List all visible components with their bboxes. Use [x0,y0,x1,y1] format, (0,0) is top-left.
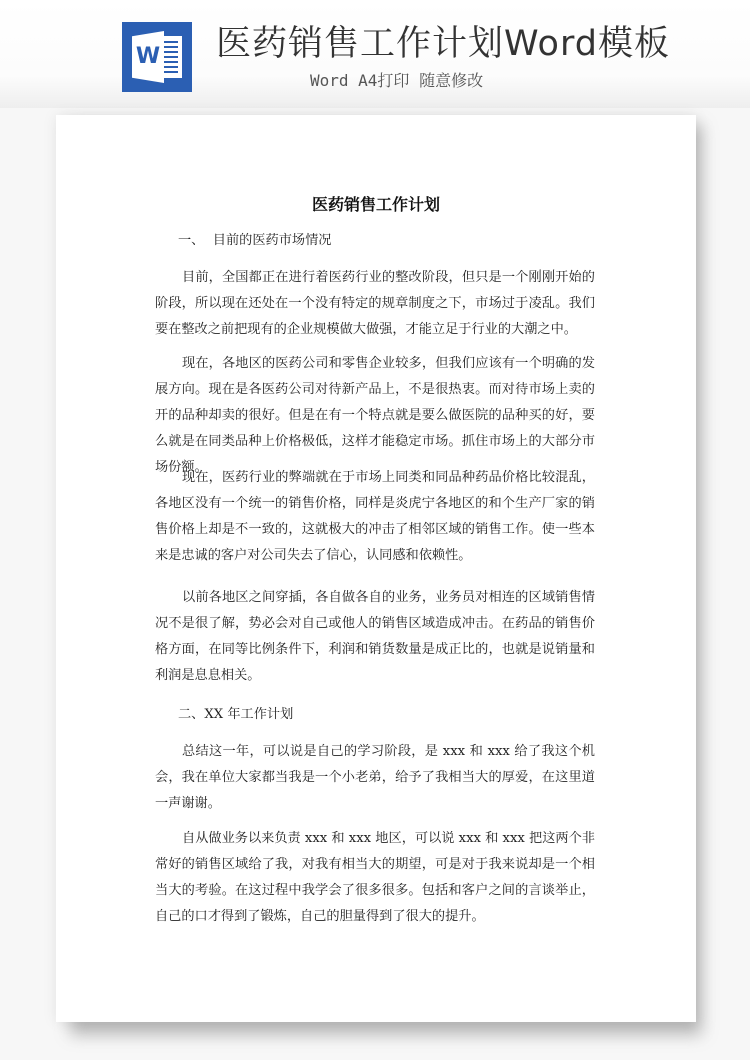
paragraph-3: 现在，医药行业的弊端就在于市场上同类和同品种药品价格比较混乱，各地区没有一个统一… [155,465,595,569]
banner-title: 医药销售工作计划Word模板 [216,20,670,68]
document-title: 医药销售工作计划 [56,193,696,217]
paragraph-1: 目前，全国都正在进行着医药行业的整改阶段，但只是一个刚刚开始的阶段，所以现在还处… [155,265,595,343]
paragraph-4: 以前各地区之间穿插，各自做各自的业务，业务员对相连的区域销售情况不是很了解，势必… [155,585,595,689]
banner-subtitle: Word A4打印 随意修改 [310,70,483,92]
template-banner: W 医药销售工作计划Word模板 Word A4打印 随意修改 [0,0,750,108]
word-icon: W [122,22,192,92]
paragraph-2: 现在，各地区的医药公司和零售企业较多，但我们应该有一个明确的发展方向。现在是各医… [155,351,595,481]
section-heading-1: 一、 目前的医药市场情况 [178,228,331,254]
paragraph-5: 总结这一年，可以说是自己的学习阶段，是 xxx 和 xxx 给了我这个机会，我在… [155,739,595,817]
word-letter: W [135,44,161,70]
section-heading-2: 二、XX 年工作计划 [178,702,293,728]
paragraph-6: 自从做业务以来负责 xxx 和 xxx 地区，可以说 xxx 和 xxx 把这两… [155,826,595,930]
document-page: 医药销售工作计划 一、 目前的医药市场情况 目前，全国都正在进行着医药行业的整改… [56,115,696,1022]
